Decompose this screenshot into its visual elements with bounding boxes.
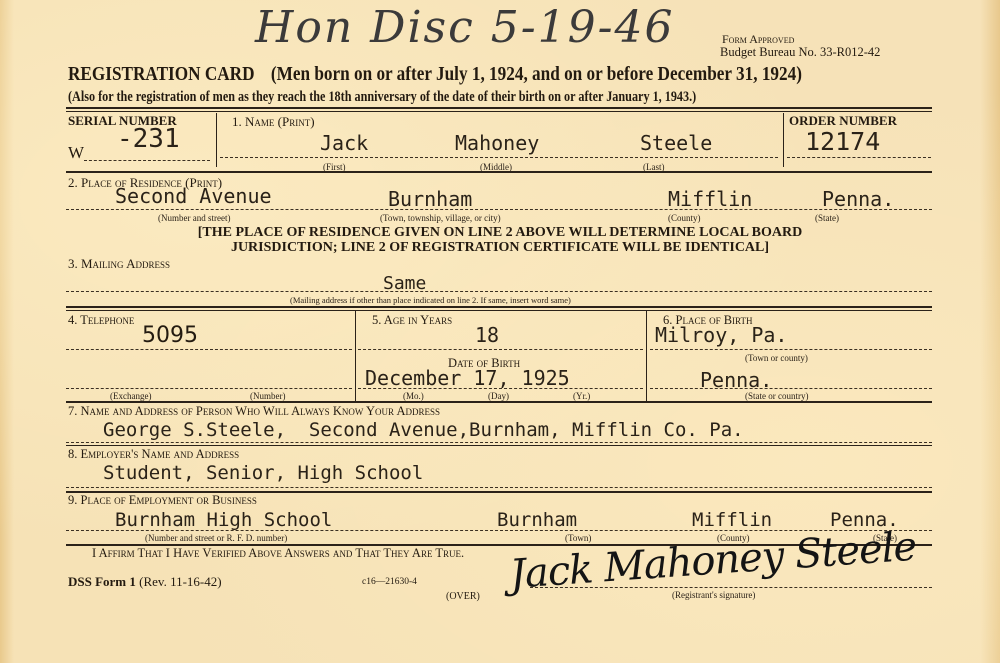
residence-county-value: Mifflin: [668, 187, 752, 211]
handwritten-discharge-note: Hon Disc 5-19-46: [255, 2, 674, 53]
mailing-caption: (Mailing address if other than place ind…: [290, 295, 571, 305]
print-code: c16—21630-4: [362, 577, 417, 587]
form-id: DSS Form 1 (Rev. 11-16-42): [68, 574, 222, 590]
divider: [355, 311, 356, 401]
residence-state-value: Penna.: [822, 187, 894, 211]
dash-line: [650, 349, 932, 350]
mailing-label-text: 3. Mailing Address: [68, 256, 170, 271]
employment-street-value: Burnham High School: [115, 509, 332, 531]
signature-line: [530, 587, 932, 588]
residence-town-value: Burnham: [388, 187, 472, 211]
divider: [216, 113, 217, 167]
name-label: 1. Name (Print): [232, 114, 315, 130]
dash-line: [66, 209, 932, 210]
jurisdiction-notice-line2: JURISDICTION; LINE 2 OF REGISTRATION CER…: [0, 240, 1000, 256]
telephone-label: 4. Telephone: [68, 313, 134, 328]
dash-line: [650, 388, 932, 389]
divider: [783, 113, 784, 167]
state-caption: (State): [815, 213, 839, 223]
order-number-value: 12174: [805, 127, 880, 156]
town-caption: (Town, township, village, or city): [380, 213, 501, 223]
birth-town-value: Milroy, Pa.: [655, 323, 787, 347]
employer-label: 8. Employer's Name and Address: [68, 447, 239, 462]
employment-town-value: Burnham: [497, 509, 577, 531]
form-id-text: DSS Form 1: [68, 574, 136, 589]
employment-county-value: Mifflin: [692, 509, 772, 531]
jurisdiction-notice-line1: [THE PLACE OF RESIDENCE GIVEN ON LINE 2 …: [0, 225, 1000, 241]
county-caption: (County): [668, 213, 701, 223]
date-of-birth-value: December 17, 1925: [365, 366, 570, 390]
dash-line: [66, 487, 932, 488]
affirmation-statement: I Affirm That I Have Verified Above Answ…: [92, 546, 464, 561]
employment-street-caption: (Number and street or R. F. D. number): [145, 533, 287, 543]
middle-name-value: Mahoney: [455, 131, 539, 155]
contact-person-value: George S.Steele, Second Avenue,Burnham, …: [103, 419, 744, 441]
rule: [66, 171, 932, 173]
dash-line: [787, 157, 931, 158]
rule: [66, 401, 932, 403]
registration-card: Hon Disc 5-19-46 Form Approved Budget Bu…: [0, 0, 1000, 663]
dash-line: [66, 442, 932, 443]
dash-line: [358, 388, 643, 389]
town-or-county-caption: (Town or county): [745, 353, 808, 363]
serial-number-value: -231: [117, 124, 180, 154]
title-eligibility-note: (Men born on or after July 1, 1924, and …: [271, 63, 802, 85]
contact-person-label: 7. Name and Address of Person Who Will A…: [68, 404, 440, 419]
dash-line: [358, 349, 643, 350]
serial-prefix: W: [68, 143, 84, 163]
street-caption: (Number and street): [158, 213, 230, 223]
title-text: REGISTRATION CARD: [68, 63, 255, 85]
rule: [66, 445, 932, 446]
dash-line: [66, 349, 352, 350]
employment-label-text: 9. Place of Employment or Business: [68, 493, 257, 507]
rule: [66, 306, 932, 308]
divider: [646, 311, 647, 401]
rule: [66, 310, 932, 311]
dash-line: [84, 160, 210, 161]
dash-line: [66, 388, 352, 389]
employment-town-caption: (Town): [565, 533, 591, 543]
first-name-value: Jack: [320, 131, 368, 155]
employer-value: Student, Senior, High School: [103, 462, 423, 484]
employment-place-label: 9. Place of Employment or Business: [68, 493, 257, 508]
month-caption: (Mo.): [403, 391, 424, 401]
age-label: 5. Age in Years: [372, 313, 452, 328]
exchange-caption: (Exchange): [110, 391, 151, 401]
form-revision: (Rev. 11-16-42): [139, 574, 221, 589]
mailing-address-label: 3. Mailing Address: [68, 256, 170, 272]
card-subtitle: (Also for the registration of men as the…: [68, 89, 696, 106]
state-or-country-caption: (State or country): [745, 391, 808, 401]
number-caption: (Number): [250, 391, 286, 401]
dash-line: [66, 291, 932, 292]
rule: [66, 107, 932, 109]
last-name-value: Steele: [640, 131, 712, 155]
telephone-value: 5095: [142, 323, 198, 348]
residence-street-value: Second Avenue: [115, 184, 272, 208]
year-caption: (Yr.): [573, 391, 590, 401]
contact-label-text: 7. Name and Address of Person Who Will A…: [68, 404, 440, 418]
day-caption: (Day): [488, 391, 509, 401]
age-value: 18: [475, 323, 499, 347]
card-title: REGISTRATION CARD (Men born on or after …: [68, 63, 802, 86]
rule: [66, 111, 932, 112]
budget-bureau-number: Budget Bureau No. 33-R012-42: [720, 45, 880, 60]
name-label-text: 1. Name (Print): [232, 114, 315, 129]
over-label: (OVER): [446, 591, 480, 602]
signature-caption: (Registrant's signature): [672, 590, 755, 600]
telephone-label-text: 4. Telephone: [68, 313, 134, 327]
dash-line: [220, 157, 778, 158]
age-label-text: 5. Age in Years: [372, 313, 452, 327]
employer-label-text: 8. Employer's Name and Address: [68, 447, 239, 461]
